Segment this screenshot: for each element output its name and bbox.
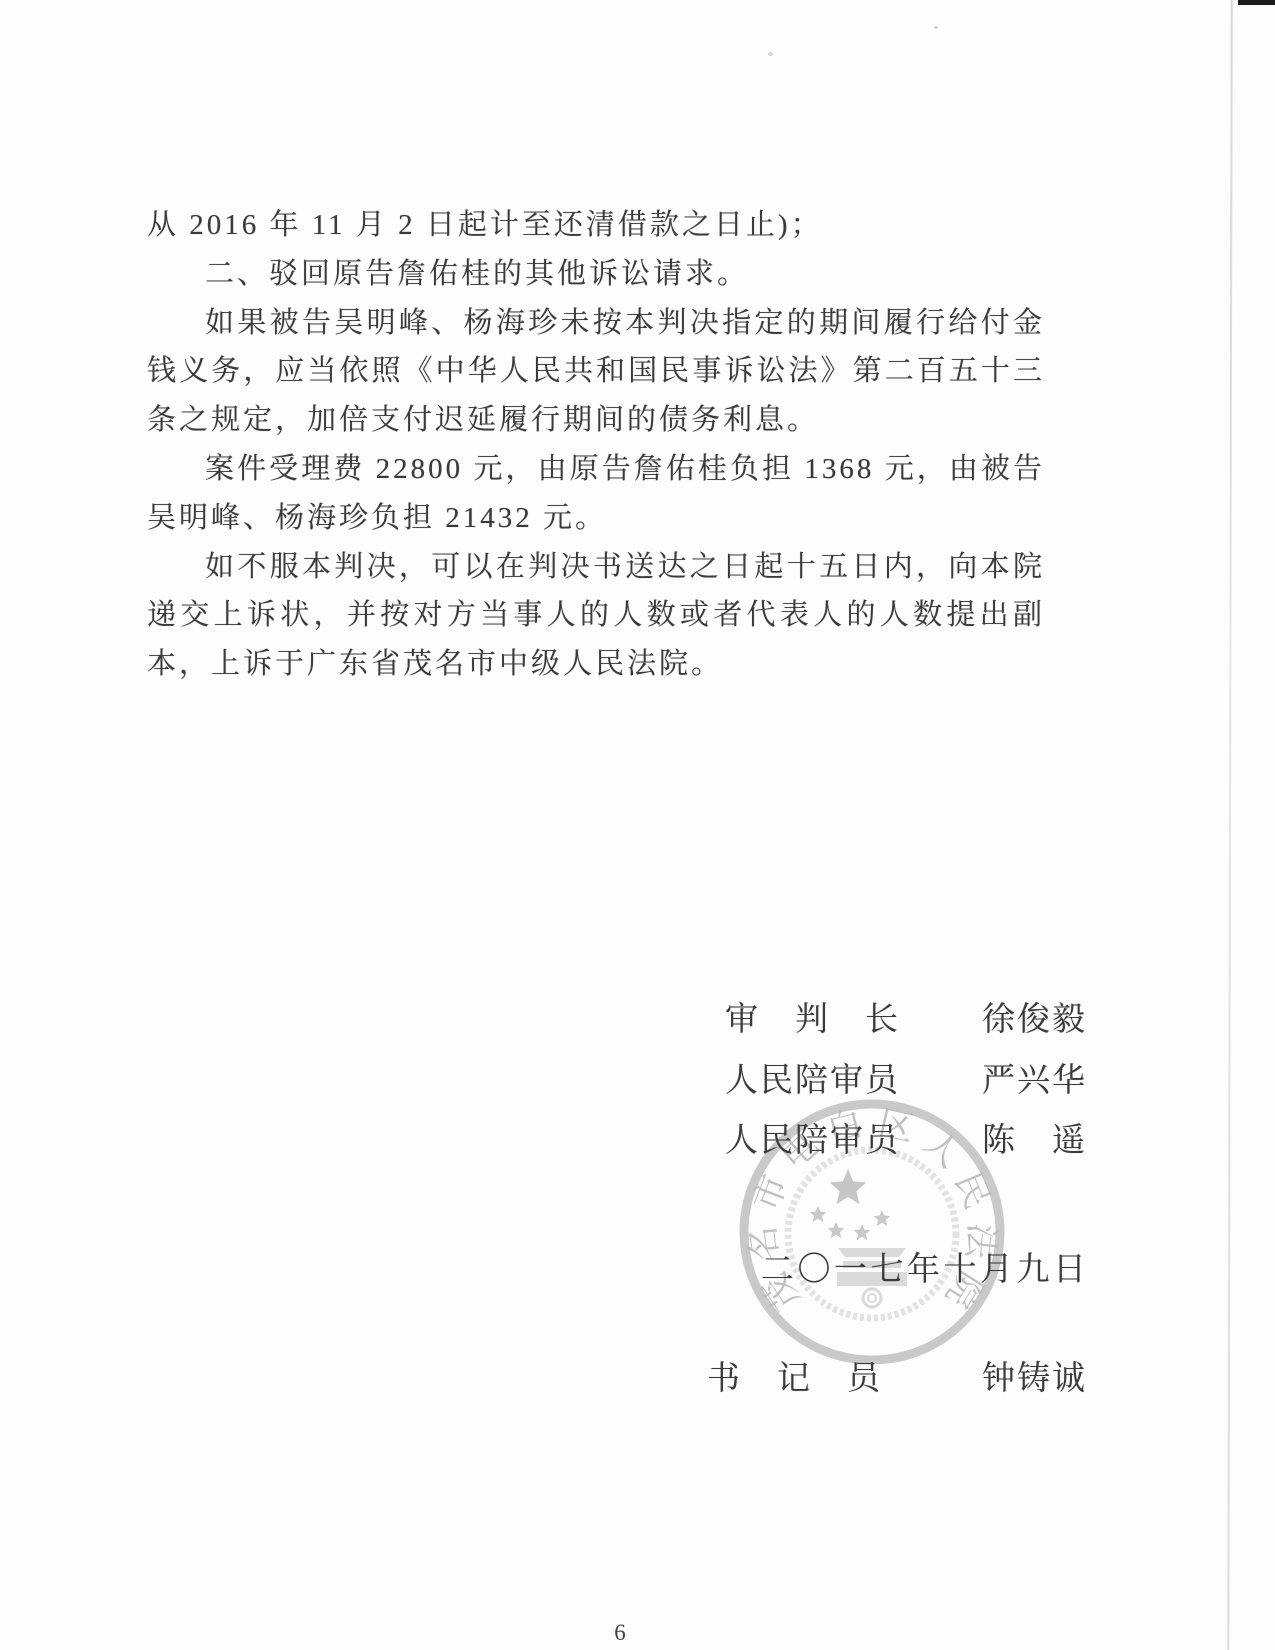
scan-speck xyxy=(768,52,773,56)
presiding-judge-name: 徐俊毅 xyxy=(982,1002,1087,1038)
scan-speck xyxy=(934,26,938,29)
signature-row-clerk: 书 记 员 钟铸诚 xyxy=(707,1361,1087,1397)
clerk-name: 钟铸诚 xyxy=(982,1361,1087,1397)
paragraph-appeal-instructions: 如不服本判决，可以在判决书送达之日起十五日内，向本院递交上诉状，并按对方当事人的… xyxy=(147,543,1045,689)
seal-small-star-icon-1 xyxy=(810,1206,827,1222)
judgment-body-text: 从 2016 年 11 月 2 日起计至还清借款之日止)； 二、驳回原告詹佑桂的… xyxy=(147,201,1045,689)
seal-big-star-icon xyxy=(830,1169,867,1204)
seal-emblem-gear-circle-inner xyxy=(868,1294,876,1302)
seal-small-star-icon-2 xyxy=(828,1222,845,1238)
seal-small-star-icon-3 xyxy=(854,1224,871,1240)
peoples-assessor-2-title: 人民陪审员 xyxy=(725,1123,900,1159)
judgment-date: 二〇一七年十月九日 xyxy=(761,1243,1090,1290)
scanned-judgment-page: 从 2016 年 11 月 2 日起计至还清借款之日止)； 二、驳回原告詹佑桂的… xyxy=(0,0,1275,1650)
paragraph-late-performance-interest: 如果被告吴明峰、杨海珍未按本判决指定的期间履行给付金钱义务，应当依照《中华人民共… xyxy=(147,299,1045,445)
scan-page-edge-line xyxy=(1227,0,1232,1650)
peoples-assessor-2-name: 陈 遥 xyxy=(982,1123,1087,1159)
seal-emblem-gear-circle xyxy=(863,1289,881,1307)
page-number: 6 xyxy=(600,1620,640,1646)
paragraph-continued-from-previous-page: 从 2016 年 11 月 2 日起计至还清借款之日止)； xyxy=(147,201,1045,250)
seal-small-star-icon-4 xyxy=(874,1210,891,1226)
peoples-assessor-1-name: 严兴华 xyxy=(982,1063,1087,1099)
presiding-judge-title: 审 判 长 xyxy=(725,1002,900,1038)
seal-emblem-wreath-ring xyxy=(788,1150,956,1318)
scan-corner-mark xyxy=(1238,0,1275,5)
signature-row-peoples-assessor-1: 人民陪审员 严兴华 xyxy=(725,1063,1087,1099)
clerk-title: 书 记 员 xyxy=(707,1361,882,1397)
signature-row-presiding-judge: 审 判 长 徐俊毅 xyxy=(725,1002,1087,1038)
paragraph-case-acceptance-fee: 案件受理费 22800 元，由原告詹佑桂负担 1368 元，由被告吴明峰、杨海珍… xyxy=(147,445,1045,543)
paragraph-ruling-item-2: 二、驳回原告詹佑桂的其他诉讼请求。 xyxy=(147,250,1045,299)
signature-row-peoples-assessor-2: 人民陪审员 陈 遥 xyxy=(725,1123,1087,1159)
peoples-assessor-1-title: 人民陪审员 xyxy=(725,1063,900,1099)
